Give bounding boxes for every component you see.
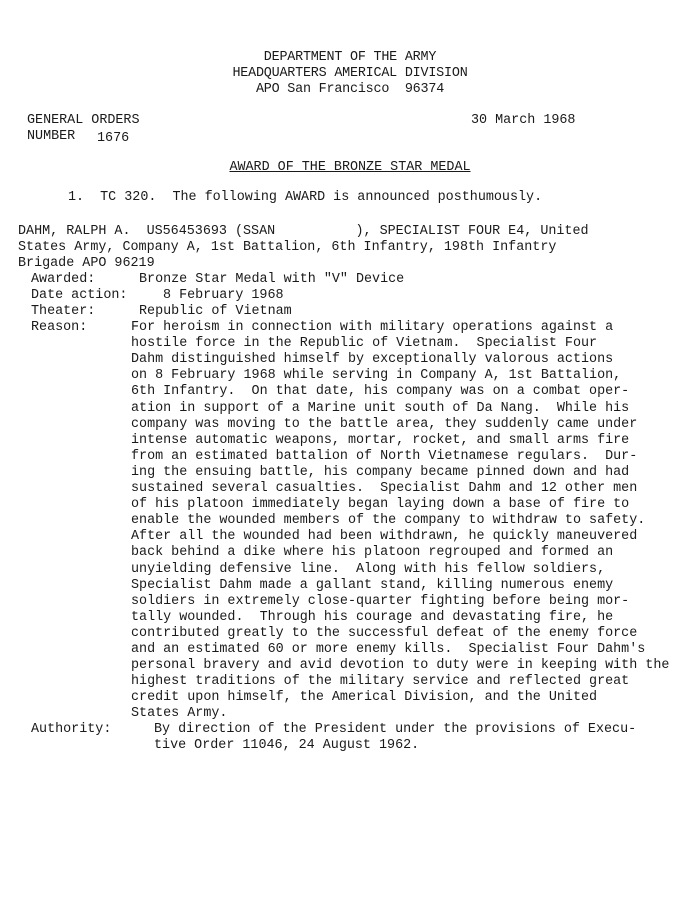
date-action-label: Date action: (31, 288, 127, 304)
authority-line-1: By direction of the President under the … (154, 722, 636, 738)
awarded-label: Awarded: (31, 272, 95, 288)
letterhead-department: DEPARTMENT OF THE ARMY (0, 50, 700, 66)
reason-line: company was moving to the battle area, t… (131, 417, 637, 433)
general-orders-label: GENERAL ORDERS (27, 113, 140, 129)
announcement: 1. TC 320. The following AWARD is announ… (68, 190, 542, 206)
reason-line: hostile force in the Republic of Vietnam… (131, 336, 597, 352)
authority-line-2: tive Order 11046, 24 August 1962. (154, 738, 419, 754)
reason-line: After all the wounded had been withdrawn… (131, 529, 637, 545)
reason-line: from an estimated battalion of North Vie… (131, 449, 637, 465)
theater-label: Theater: (31, 304, 95, 320)
recipient-line-2: States Army, Company A, 1st Battalion, 6… (18, 240, 556, 256)
reason-line: and an estimated 60 or more enemy kills.… (131, 642, 645, 658)
number-label: NUMBER (27, 129, 75, 145)
letterhead-address: APO San Francisco 96374 (0, 82, 700, 98)
reason-line: soldiers in extremely close-quarter figh… (131, 594, 629, 610)
reason-line: 6th Infantry. On that date, his company … (131, 384, 629, 400)
authority-label: Authority: (31, 722, 111, 738)
reason-line: highest traditions of the military servi… (131, 674, 629, 690)
reason-line: personal bravery and avid devotion to du… (131, 658, 669, 674)
document-title: AWARD OF THE BRONZE STAR MEDAL (0, 160, 700, 176)
reason-line: on 8 February 1968 while serving in Comp… (131, 368, 621, 384)
reason-line: of his platoon immediately began laying … (131, 497, 629, 513)
reason-line: unyielding defensive line. Along with hi… (131, 562, 605, 578)
order-date: 30 March 1968 (471, 113, 575, 129)
reason-label: Reason: (31, 320, 87, 336)
recipient-line-1: DAHM, RALPH A. US56453693 (SSAN ), SPECI… (18, 224, 589, 240)
letterhead-headquarters: HEADQUARTERS AMERICAL DIVISION (0, 66, 700, 82)
reason-line: ing the ensuing battle, his company beca… (131, 465, 629, 481)
theater-value: Republic of Vietnam (139, 304, 292, 320)
reason-line: States Army. (131, 706, 227, 722)
reason-line: Dahm distinguished himself by exceptiona… (131, 352, 613, 368)
reason-line: intense automatic weapons, mortar, rocke… (131, 433, 629, 449)
reason-line: ation in support of a Marine unit south … (131, 401, 629, 417)
recipient-line-3: Brigade APO 96219 (18, 256, 155, 272)
reason-line: enable the wounded members of the compan… (131, 513, 645, 529)
order-number: 1676 (97, 131, 129, 147)
reason-line: contributed greatly to the successful de… (131, 626, 637, 642)
reason-line: For heroism in connection with military … (131, 320, 613, 336)
reason-line: back behind a dike where his platoon reg… (131, 545, 613, 561)
reason-line: Specialist Dahm made a gallant stand, ki… (131, 578, 613, 594)
reason-line: sustained several casualties. Specialist… (131, 481, 637, 497)
reason-line: credit upon himself, the Americal Divisi… (131, 690, 597, 706)
awarded-value: Bronze Star Medal with "V" Device (139, 272, 404, 288)
date-action-value: 8 February 1968 (163, 288, 284, 304)
reason-line: tally wounded. Through his courage and d… (131, 610, 613, 626)
